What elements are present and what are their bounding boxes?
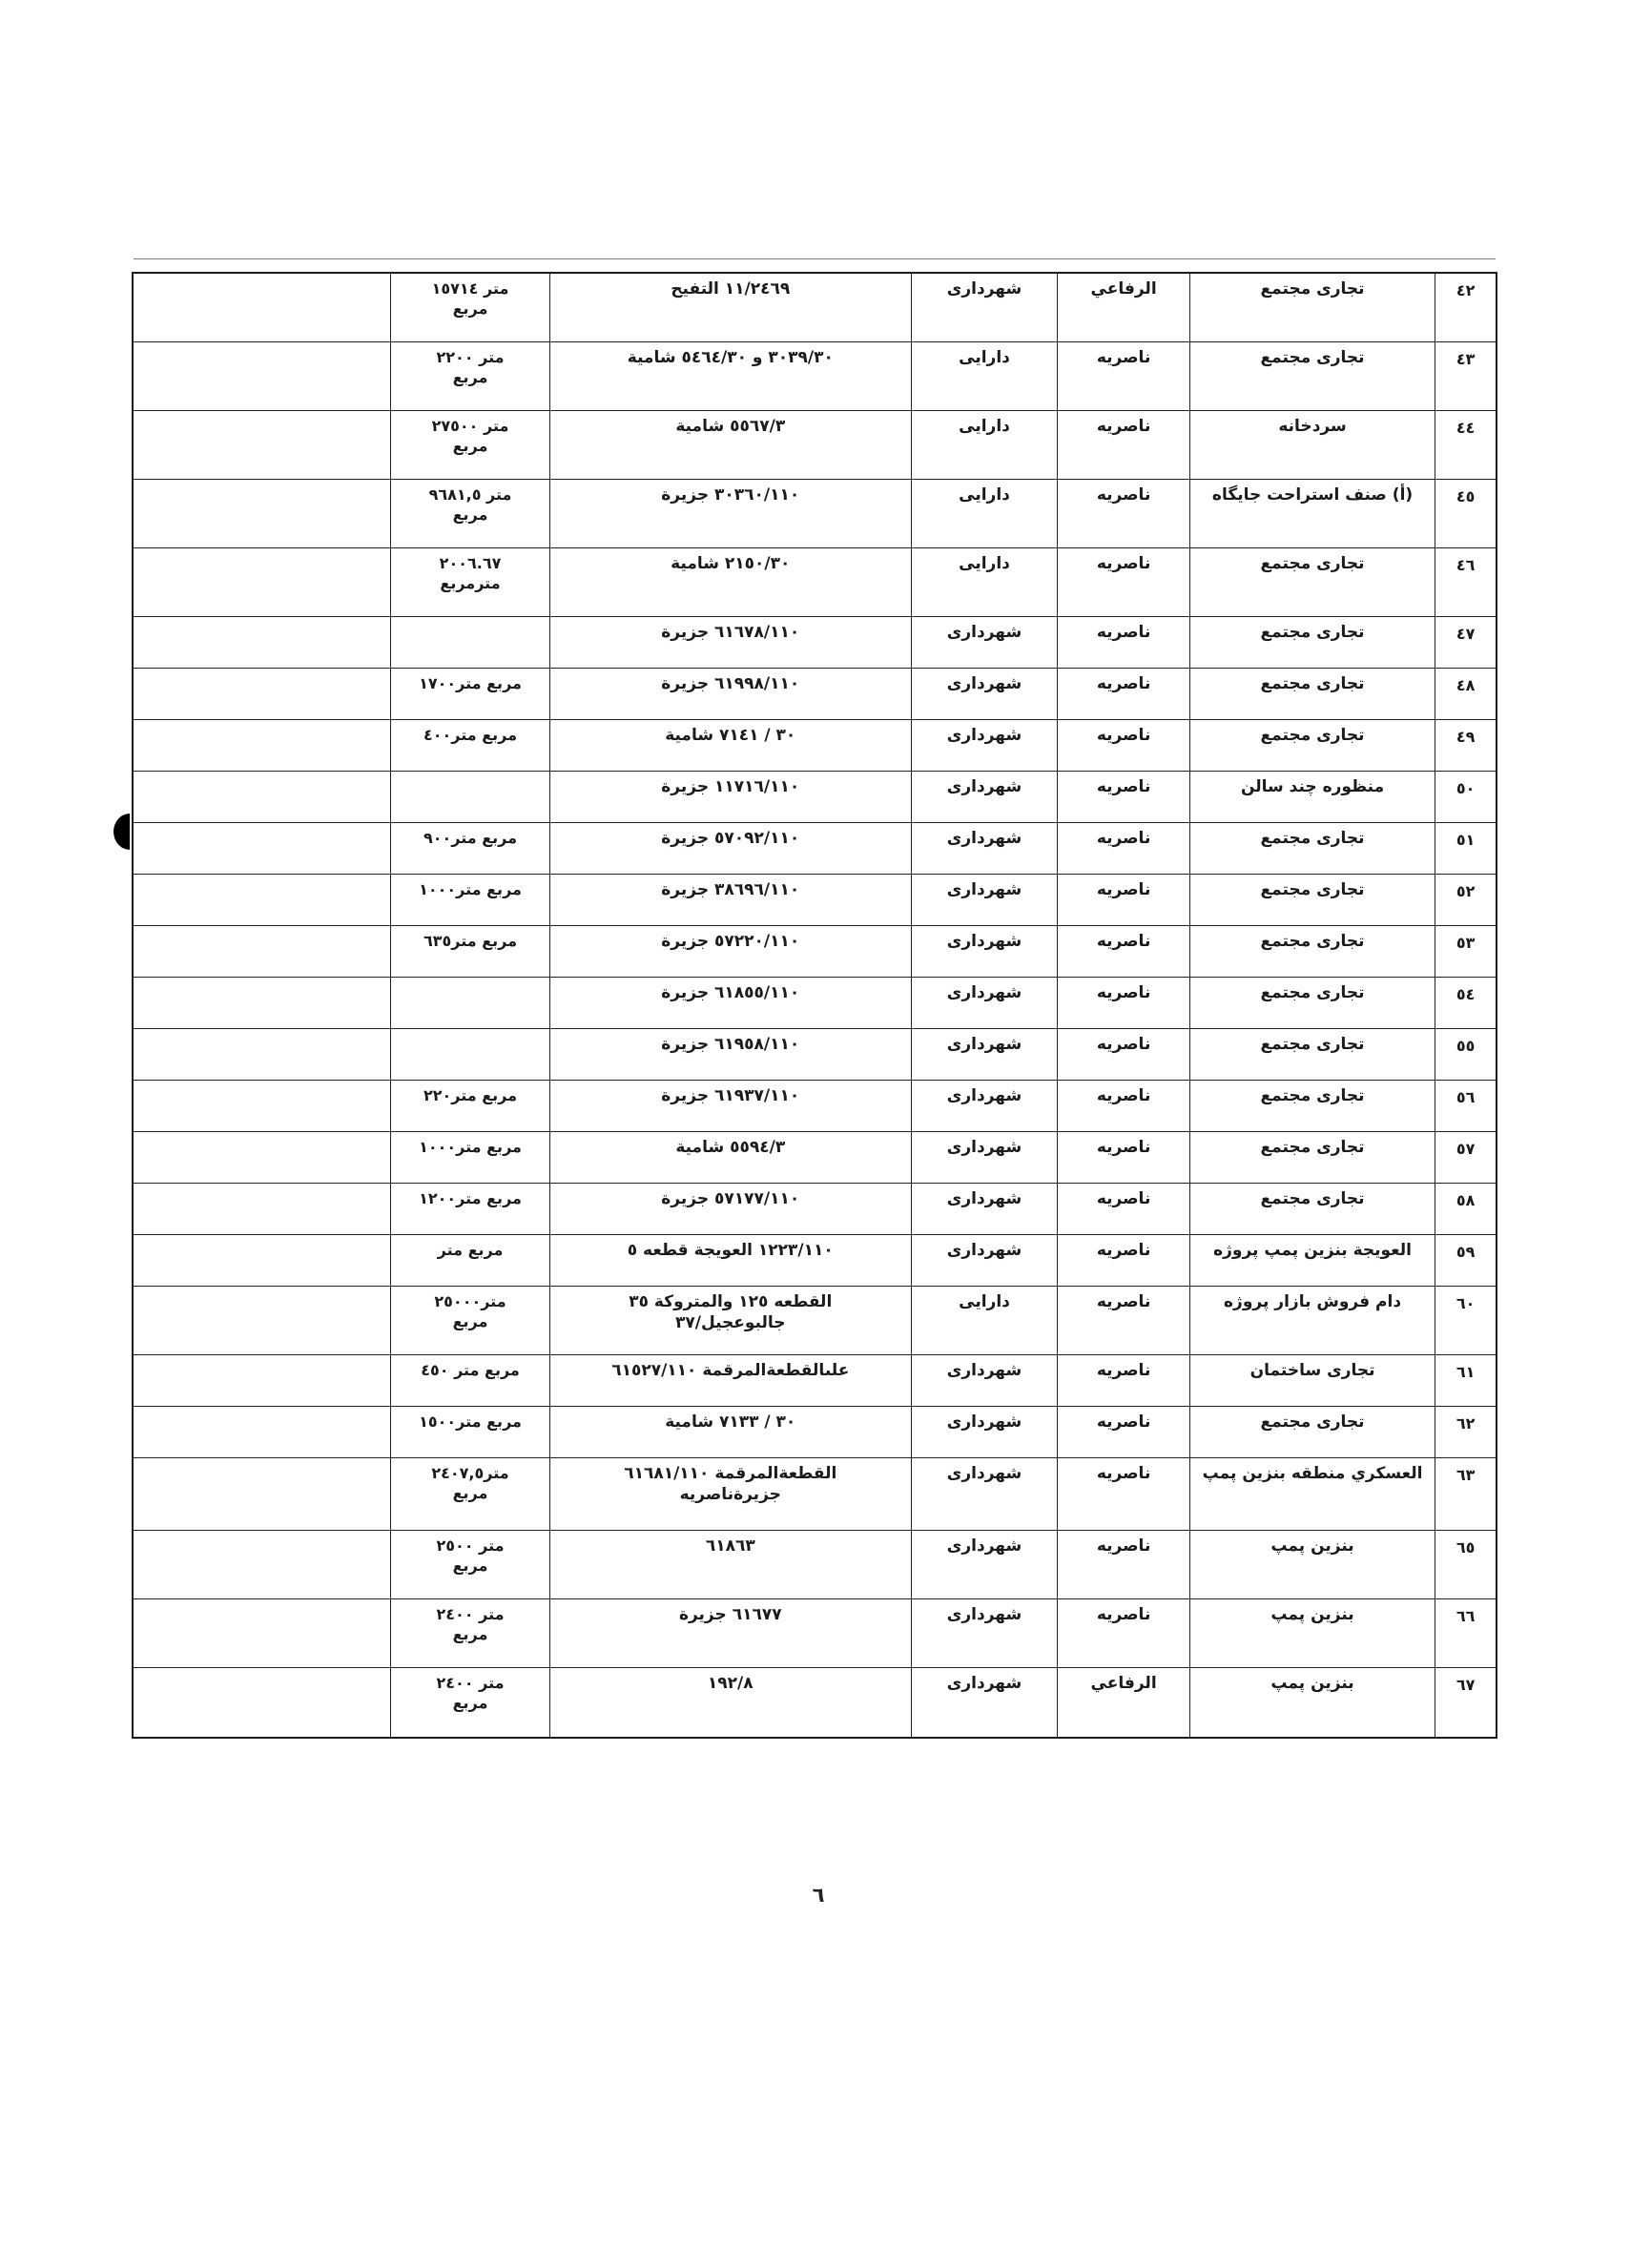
property-type-cell: مجتمع‎ تجارى [1189, 548, 1435, 616]
empty-cell [134, 1029, 390, 1080]
area-cell: ٢٧٥٠٠‎ متر مربع [390, 411, 549, 479]
ownership-cell: شهردارى [911, 926, 1058, 977]
empty-cell [134, 1081, 390, 1131]
property-type-cell: مجتمع‎ تجارى [1189, 1081, 1435, 1131]
ownership-cell: شهردارى [911, 1668, 1058, 1737]
ownership-cell: شهردارى [911, 669, 1058, 719]
table-row: ٤٦ مجتمع‎ تجارى ناصريه دارايى ٢١٥٠/٣٠ شا… [134, 548, 1496, 617]
plot-number-cell: القطعةالمرقمة ٦١٦٨١/١١٠ جزيرةناصريه [549, 1458, 911, 1530]
empty-cell [134, 1531, 390, 1598]
ownership-cell: شهردارى [911, 772, 1058, 822]
row-number-cell: ٦٧ [1435, 1668, 1496, 1737]
property-type-cell: جايگاه‎ استراحت‎ صنف‎ (أ) [1189, 480, 1435, 547]
plot-number-cell: علىالقطعةالمرقمة ٦١٥٢٧/١١٠ [549, 1355, 911, 1406]
ownership-cell: شهردارى [911, 1235, 1058, 1286]
table-row: ٦٢ مجتمع‎ تجارى ناصريه شهردارى ٣٠ / ٧١٣٣… [134, 1407, 1496, 1458]
empty-cell [134, 1287, 390, 1354]
property-table: ٤٢ مجتمع‎ تجارى الرفاعي شهردارى ١١/٢٤٦٩ … [132, 272, 1497, 1739]
area-cell: ٢٥٠٠٠‎متر مربع [390, 1287, 549, 1354]
table-row: ٥٥ مجتمع‎ تجارى ناصريه شهردارى ٦١٩٥٨/١١٠… [134, 1029, 1496, 1081]
row-number-cell: ٥٧ [1435, 1132, 1496, 1183]
ownership-cell: دارايى [911, 411, 1058, 479]
property-type-cell: سالن‎ چند‎ منظوره [1189, 772, 1435, 822]
ownership-cell: دارايى [911, 1287, 1058, 1354]
table-row: ٤٨ مجتمع‎ تجارى ناصريه شهردارى ٦١٩٩٨/١١٠… [134, 669, 1496, 720]
row-number-cell: ٦٦ [1435, 1599, 1496, 1667]
location-cell: ناصريه [1057, 875, 1189, 925]
location-cell: ناصريه [1057, 1599, 1189, 1667]
table-row: ٦٧ پمپ‎ بنزين الرفاعي شهردارى ١٩٢/٨ ٢٤٠٠… [134, 1668, 1496, 1737]
area-cell: ١٥٠٠‎متر‎ مربع [390, 1407, 549, 1457]
location-cell: ناصريه [1057, 411, 1189, 479]
plot-number-cell: ٥٧١٧٧/١١٠ جزيرة [549, 1184, 911, 1234]
location-cell: ناصريه [1057, 617, 1189, 668]
property-type-cell: مجتمع‎ تجارى [1189, 342, 1435, 410]
ownership-cell: شهردارى [911, 1184, 1058, 1234]
area-cell: ٩٠٠‎متر‎ مربع [390, 823, 549, 874]
property-type-cell: مجتمع‎ تجارى [1189, 720, 1435, 771]
plot-number-cell: ٦١٩٩٨/١١٠ جزيرة [549, 669, 911, 719]
table-row: ٥٢ مجتمع‎ تجارى ناصريه شهردارى ٣٨٦٩٦/١١٠… [134, 875, 1496, 926]
table-row: ٦٥ پمپ‎ بنزين ناصريه شهردارى ٦١٨٦٣ ٢٥٠٠‎… [134, 1531, 1496, 1599]
area-cell: ٤٠٠‎متر‎ مربع [390, 720, 549, 771]
row-number-cell: ٤٤ [1435, 411, 1496, 479]
empty-cell [134, 480, 390, 547]
property-type-cell: مجتمع‎ تجارى [1189, 875, 1435, 925]
location-cell: ناصريه [1057, 1287, 1189, 1354]
empty-cell [134, 978, 390, 1028]
table-row: ٤٩ مجتمع‎ تجارى ناصريه شهردارى ٣٠ / ٧١٤١… [134, 720, 1496, 772]
row-number-cell: ٦٣ [1435, 1458, 1496, 1530]
location-cell: ناصريه [1057, 823, 1189, 874]
area-cell: ١٠٠٠‎متر‎ مربع [390, 1132, 549, 1183]
area-cell: ٢٢٠‎متر‎ مربع [390, 1081, 549, 1131]
row-number-cell: ٦٠ [1435, 1287, 1496, 1354]
empty-cell [134, 1355, 390, 1406]
scan-line-artifact [134, 258, 1496, 259]
property-type-cell: پمپ‎ بنزين [1189, 1599, 1435, 1667]
plot-number-cell: ٥٥٩٤/٣ شامية [549, 1132, 911, 1183]
plot-number-cell: ٥٧٠٩٢/١١٠ جزيرة [549, 823, 911, 874]
area-cell: ٤٥٠‎ متر‎ مربع [390, 1355, 549, 1406]
empty-cell [134, 1599, 390, 1667]
ownership-cell: شهردارى [911, 1132, 1058, 1183]
table-row: ٤٤ سردخانه ناصريه دارايى ٥٥٦٧/٣ شامية ٢٧… [134, 411, 1496, 480]
row-number-cell: ٤٨ [1435, 669, 1496, 719]
plot-number-cell: ٦١٩٥٨/١١٠ جزيرة [549, 1029, 911, 1080]
area-cell: ٢٢٠٠‎ متر مربع [390, 342, 549, 410]
property-type-cell: پمپ‎ بنزين [1189, 1531, 1435, 1598]
location-cell: ناصريه [1057, 772, 1189, 822]
plot-number-cell: ٣٠ / ٧١٤١ شامية [549, 720, 911, 771]
location-cell: ناصريه [1057, 669, 1189, 719]
row-number-cell: ٤٩ [1435, 720, 1496, 771]
empty-cell [134, 411, 390, 479]
plot-number-cell: ١٩٢/٨ [549, 1668, 911, 1737]
property-type-cell: سردخانه [1189, 411, 1435, 479]
table-row: ٦٣ پمپ‎ بنزين‎ منطقه‎ العسكري ناصريه شهر… [134, 1458, 1496, 1531]
ownership-cell: شهردارى [911, 1531, 1058, 1598]
location-cell: ناصريه [1057, 1132, 1189, 1183]
row-number-cell: ٤٦ [1435, 548, 1496, 616]
property-type-cell: پمپ‎ بنزين [1189, 1668, 1435, 1737]
row-number-cell: ٤٣ [1435, 342, 1496, 410]
ownership-cell: شهردارى [911, 823, 1058, 874]
empty-cell [134, 274, 390, 341]
table-row: ٤٧ مجتمع‎ تجارى ناصريه شهردارى ٦١٦٧٨/١١٠… [134, 617, 1496, 669]
property-type-cell: پروژه‎ بازار‎ فروش‎ دام [1189, 1287, 1435, 1354]
empty-cell [134, 548, 390, 616]
empty-cell [134, 669, 390, 719]
table-row: ٥٦ مجتمع‎ تجارى ناصريه شهردارى ٦١٩٣٧/١١٠… [134, 1081, 1496, 1132]
location-cell: ناصريه [1057, 548, 1189, 616]
row-number-cell: ٥٦ [1435, 1081, 1496, 1131]
plot-number-cell: ٥٧٢٢٠/١١٠ جزيرة [549, 926, 911, 977]
ownership-cell: شهردارى [911, 720, 1058, 771]
location-cell: ناصريه [1057, 1081, 1189, 1131]
row-number-cell: ٥٣ [1435, 926, 1496, 977]
empty-cell [134, 1132, 390, 1183]
table-row: ٦١ ساختمان‎ تجارى ناصريه شهردارى علىالقط… [134, 1355, 1496, 1407]
ownership-cell: شهردارى [911, 1599, 1058, 1667]
area-cell [390, 617, 549, 668]
area-cell [390, 1029, 549, 1080]
table-row: ٤٢ مجتمع‎ تجارى الرفاعي شهردارى ١١/٢٤٦٩ … [134, 274, 1496, 342]
plot-number-cell: ٢١٥٠/٣٠ شامية [549, 548, 911, 616]
table-row: ٥٩ پروژه‎ پمپ‎ بنزين‎ العويجة ناصريه شهر… [134, 1235, 1496, 1287]
empty-cell [134, 823, 390, 874]
property-type-cell: مجتمع‎ تجارى [1189, 274, 1435, 341]
area-cell: ١٥٧١٤‎ متر مربع [390, 274, 549, 341]
property-type-cell: پروژه‎ پمپ‎ بنزين‎ العويجة [1189, 1235, 1435, 1286]
area-cell [390, 978, 549, 1028]
location-cell: ناصريه [1057, 1235, 1189, 1286]
plot-number-cell: ٥٥٦٧/٣ شامية [549, 411, 911, 479]
location-cell: ناصريه [1057, 1531, 1189, 1598]
location-cell: الرفاعي [1057, 274, 1189, 341]
ownership-cell: دارايى [911, 480, 1058, 547]
table-row: ٥٠ سالن‎ چند‎ منظوره ناصريه شهردارى ١١٧١… [134, 772, 1496, 823]
plot-number-cell: القطعه ١٢٥ والمتروكة ٣٥ جالبوعجيل/٣٧ [549, 1287, 911, 1354]
row-number-cell: ٤٥ [1435, 480, 1496, 547]
area-cell: ٢٥٠٠‎ متر مربع [390, 1531, 549, 1598]
row-number-cell: ٥٢ [1435, 875, 1496, 925]
location-cell: ناصريه [1057, 926, 1189, 977]
area-cell: ٩٦٨١,٥‎ متر مربع [390, 480, 549, 547]
row-number-cell: ٥١ [1435, 823, 1496, 874]
empty-cell [134, 926, 390, 977]
ownership-cell: شهردارى [911, 875, 1058, 925]
table-row: ٥٤ مجتمع‎ تجارى ناصريه شهردارى ٦١٨٥٥/١١٠… [134, 978, 1496, 1029]
table-row: ٥١ مجتمع‎ تجارى ناصريه شهردارى ٥٧٠٩٢/١١٠… [134, 823, 1496, 875]
plot-number-cell: ٣٨٦٩٦/١١٠ جزيرة [549, 875, 911, 925]
plot-number-cell: ٦١٨٥٥/١١٠ جزيرة [549, 978, 911, 1028]
location-cell: ناصريه [1057, 1458, 1189, 1530]
empty-cell [134, 720, 390, 771]
location-cell: ناصريه [1057, 480, 1189, 547]
property-type-cell: مجتمع‎ تجارى [1189, 1132, 1435, 1183]
row-number-cell: ٦٥ [1435, 1531, 1496, 1598]
property-type-cell: مجتمع‎ تجارى [1189, 1029, 1435, 1080]
area-cell: ٢٤٠٠‎ متر مربع [390, 1668, 549, 1737]
row-number-cell: ٦٢ [1435, 1407, 1496, 1457]
area-cell: متر‎ مربع [390, 1235, 549, 1286]
ownership-cell: شهردارى [911, 274, 1058, 341]
table-row: ٦٦ پمپ‎ بنزين ناصريه شهردارى ٦١٦٧٧ جزيرة… [134, 1599, 1496, 1668]
table-row: ٤٥ جايگاه‎ استراحت‎ صنف‎ (أ) ناصريه دارا… [134, 480, 1496, 548]
row-number-cell: ٥٤ [1435, 978, 1496, 1028]
location-cell: ناصريه [1057, 720, 1189, 771]
ownership-cell: دارايى [911, 342, 1058, 410]
location-cell: ناصريه [1057, 342, 1189, 410]
ownership-cell: شهردارى [911, 1355, 1058, 1406]
plot-number-cell: ٦١٩٣٧/١١٠ جزيرة [549, 1081, 911, 1131]
row-number-cell: ٥٨ [1435, 1184, 1496, 1234]
empty-cell [134, 875, 390, 925]
area-cell: ٢٤٠٠‎ متر مربع [390, 1599, 549, 1667]
property-type-cell: پمپ‎ بنزين‎ منطقه‎ العسكري [1189, 1458, 1435, 1530]
plot-number-cell: ١١/٢٤٦٩ التفيح [549, 274, 911, 341]
ink-blob-artifact [114, 814, 130, 850]
empty-cell [134, 1668, 390, 1737]
row-number-cell: ٥٩ [1435, 1235, 1496, 1286]
location-cell: ناصريه [1057, 1029, 1189, 1080]
property-type-cell: مجتمع‎ تجارى [1189, 926, 1435, 977]
ownership-cell: شهردارى [911, 978, 1058, 1028]
table-row: ٤٣ مجتمع‎ تجارى ناصريه دارايى ٣٠٣٩/٣٠ و … [134, 342, 1496, 411]
location-cell: ناصريه [1057, 1184, 1189, 1234]
area-cell: ٦٣٥‎متر‎ مربع [390, 926, 549, 977]
area-cell [390, 772, 549, 822]
row-number-cell: ٤٧ [1435, 617, 1496, 668]
property-type-cell: مجتمع‎ تجارى [1189, 617, 1435, 668]
empty-cell [134, 342, 390, 410]
row-number-cell: ٦١ [1435, 1355, 1496, 1406]
ownership-cell: شهردارى [911, 1029, 1058, 1080]
ownership-cell: شهردارى [911, 617, 1058, 668]
scanned-page: ٤٢ مجتمع‎ تجارى الرفاعي شهردارى ١١/٢٤٦٩ … [0, 0, 1631, 2268]
plot-number-cell: ٣٠٣٩/٣٠ و ٥٤٦٤/٣٠ شامية [549, 342, 911, 410]
property-type-cell: مجتمع‎ تجارى [1189, 823, 1435, 874]
ownership-cell: شهردارى [911, 1458, 1058, 1530]
plot-number-cell: ٣٠ / ٧١٣٣ شامية [549, 1407, 911, 1457]
location-cell: ناصريه [1057, 1407, 1189, 1457]
plot-number-cell: ٦١٨٦٣ [549, 1531, 911, 1598]
table-row: ٦٠ پروژه‎ بازار‎ فروش‎ دام ناصريه دارايى… [134, 1287, 1496, 1355]
property-type-cell: مجتمع‎ تجارى [1189, 1407, 1435, 1457]
table-row: ٥٣ مجتمع‎ تجارى ناصريه شهردارى ٥٧٢٢٠/١١٠… [134, 926, 1496, 978]
empty-cell [134, 1235, 390, 1286]
row-number-cell: ٥٥ [1435, 1029, 1496, 1080]
table-row: ٥٧ مجتمع‎ تجارى ناصريه شهردارى ٥٥٩٤/٣ شا… [134, 1132, 1496, 1184]
plot-number-cell: ١١٧١٦/١١٠ جزيرة [549, 772, 911, 822]
ownership-cell: دارايى [911, 548, 1058, 616]
empty-cell [134, 1184, 390, 1234]
ownership-cell: شهردارى [911, 1081, 1058, 1131]
property-type-cell: ساختمان‎ تجارى [1189, 1355, 1435, 1406]
area-cell: ١٠٠٠‎متر‎ مربع [390, 875, 549, 925]
row-number-cell: ٥٠ [1435, 772, 1496, 822]
property-type-cell: مجتمع‎ تجارى [1189, 669, 1435, 719]
area-cell: ٢٤٠٧,٥‎متر مربع [390, 1458, 549, 1530]
location-cell: ناصريه [1057, 978, 1189, 1028]
plot-number-cell: ٦١٦٧٧ جزيرة [549, 1599, 911, 1667]
area-cell: ١٧٠٠‎متر‎ مربع [390, 669, 549, 719]
location-cell: الرفاعي [1057, 1668, 1189, 1737]
property-type-cell: مجتمع‎ تجارى [1189, 1184, 1435, 1234]
empty-cell [134, 1458, 390, 1530]
area-cell: ١٢٠٠‎متر‎ مربع [390, 1184, 549, 1234]
empty-cell [134, 772, 390, 822]
location-cell: ناصريه [1057, 1355, 1189, 1406]
empty-cell [134, 1407, 390, 1457]
row-number-cell: ٤٢ [1435, 274, 1496, 341]
property-type-cell: مجتمع‎ تجارى [1189, 978, 1435, 1028]
empty-cell [134, 617, 390, 668]
plot-number-cell: ٣٠٣٦٠/١١٠ جزيرة [549, 480, 911, 547]
page-number: ٦ [790, 1884, 847, 1907]
plot-number-cell: ٦١٦٧٨/١١٠ جزيرة [549, 617, 911, 668]
table-row: ٥٨ مجتمع‎ تجارى ناصريه شهردارى ٥٧١٧٧/١١٠… [134, 1184, 1496, 1235]
ownership-cell: شهردارى [911, 1407, 1058, 1457]
plot-number-cell: ١٢٢٣/١١٠ العويجة قطعه ٥ [549, 1235, 911, 1286]
area-cell: ٢٠٠٦.٦٧‎ مترمربع [390, 548, 549, 616]
